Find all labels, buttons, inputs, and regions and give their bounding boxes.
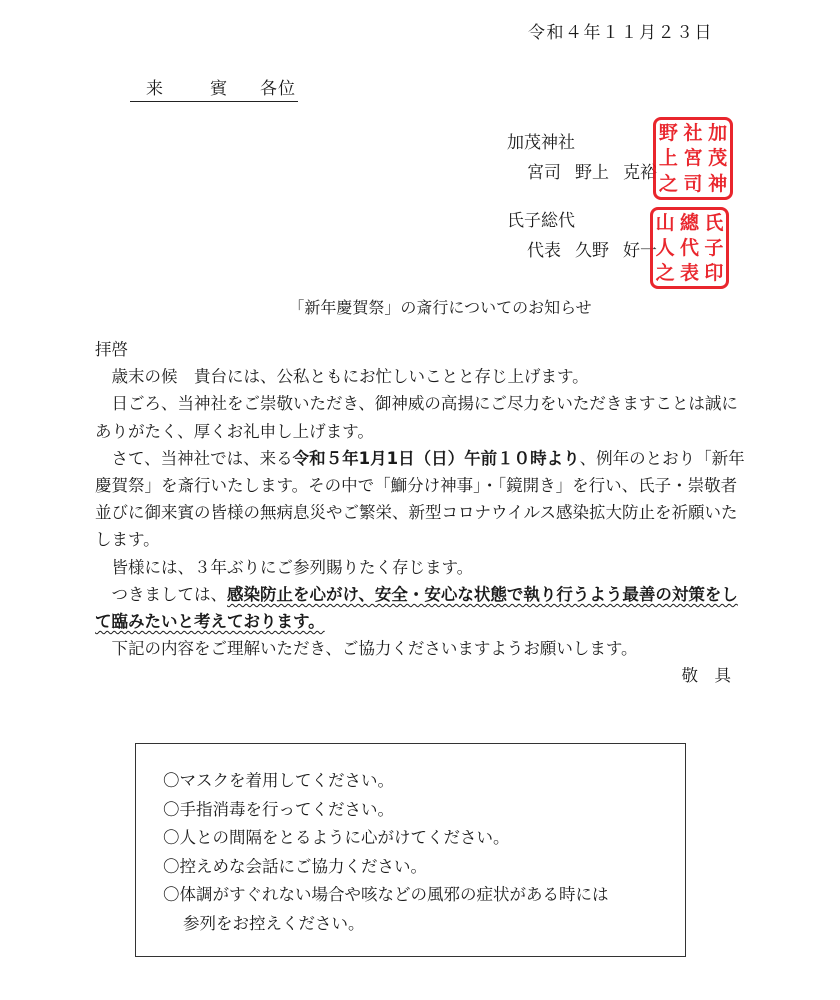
seal-char: 宮	[681, 146, 706, 170]
event-date-time: 令和５年1月1日（日）午前１０時より	[293, 449, 580, 468]
seal-char: 上	[656, 146, 681, 170]
seal-char: 氏	[702, 211, 726, 235]
closing-salutation: 敬 具	[95, 662, 745, 689]
opening-salutation: 拝啓	[95, 336, 745, 363]
sender-organization-1: 加茂神社	[507, 128, 575, 153]
precautions-box: 〇マスクを着用してください。 〇手指消毒を行ってください。 〇人との間隔をとるよ…	[135, 743, 686, 957]
text: さて、当神社では、来る	[112, 449, 293, 468]
seal-char: 之	[653, 261, 677, 285]
paragraph-seasonal-greeting: 歳末の候 貴台には、公私ともにお忙しいことと存じ上げます。	[95, 363, 745, 390]
precaution-item: 〇控えめな会話にご協力ください。	[163, 853, 609, 882]
precaution-item: 〇マスクを着用してください。	[163, 767, 609, 796]
seal-char: 茂	[705, 146, 730, 170]
addressee-part: 来	[132, 74, 186, 99]
document-title: 「新年慶賀祭」の斎行についてのお知らせ	[248, 295, 591, 318]
paragraph-invitation: 皆様には、３年ぶりにご参列賜りたく存じます。	[95, 554, 745, 581]
shrine-seal-stamp: 野 社 加 上 宮 茂 之 司 神	[653, 117, 733, 200]
precaution-item: 〇人との間隔をとるように心がけてください。	[163, 824, 609, 853]
seal-char: 加	[705, 121, 730, 145]
seal-char: 山	[653, 211, 677, 235]
letter-body: 拝啓 歳末の候 貴台には、公私ともにお忙しいことと存じ上げます。 日ごろ、当神社…	[95, 336, 745, 690]
seal-char: 表	[677, 261, 701, 285]
sender-family-name: 久野	[575, 241, 609, 261]
sender-organization-2: 氏子総代	[507, 206, 575, 231]
seal-char: 之	[656, 172, 681, 196]
seal-char: 總	[677, 211, 701, 235]
seal-char: 人	[653, 236, 677, 260]
addressee: 来賓各位	[130, 74, 298, 102]
seal-char: 社	[681, 121, 706, 145]
text: つきましては、	[112, 585, 228, 604]
sender-family-name: 野上	[575, 163, 609, 183]
sender-person-1: 宮司野上克裕	[527, 158, 671, 183]
precaution-item: 〇手指消毒を行ってください。	[163, 796, 609, 825]
seal-char: 子	[702, 236, 726, 260]
seal-char: 司	[681, 172, 706, 196]
sender-role: 宮司	[527, 163, 561, 183]
sender-role: 代表	[527, 241, 561, 261]
document-title-row: 「新年慶賀祭」の斎行についてのお知らせ	[0, 295, 840, 318]
parishioner-seal-stamp: 山 總 氏 人 代 子 之 表 印	[650, 207, 729, 289]
precaution-item-continuation: 参列をお控えください。	[163, 910, 609, 939]
paragraph-safety: つきましては、感染防止を心がけ、安全・安心な状態で執り行うよう最善の対策をして臨…	[95, 581, 745, 635]
addressee-part: 各位	[260, 74, 296, 99]
seal-char: 神	[705, 172, 730, 196]
addressee-part: 賓	[186, 74, 260, 99]
sender-given-name: 克裕	[623, 163, 657, 183]
paragraph-event-announcement: さて、当神社では、来る令和５年1月1日（日）午前１０時より、例年のとおり「新年慶…	[95, 445, 745, 554]
seal-char: 代	[677, 236, 701, 260]
precautions-list: 〇マスクを着用してください。 〇手指消毒を行ってください。 〇人との間隔をとるよ…	[163, 767, 609, 938]
seal-char: 野	[656, 121, 681, 145]
seal-char: 印	[702, 261, 726, 285]
document-date: 令和４年１１月２３日	[528, 18, 713, 43]
paragraph-request: 下記の内容をご理解いただき、ご協力くださいますようお願いします。	[95, 635, 745, 662]
precaution-item: 〇体調がすぐれない場合や咳などの風邪の症状がある時には	[163, 881, 609, 910]
paragraph-thanks: 日ごろ、当神社をご崇敬いただき、御神威の高揚にご尽力をいただきますことは誠にあり…	[95, 390, 745, 444]
